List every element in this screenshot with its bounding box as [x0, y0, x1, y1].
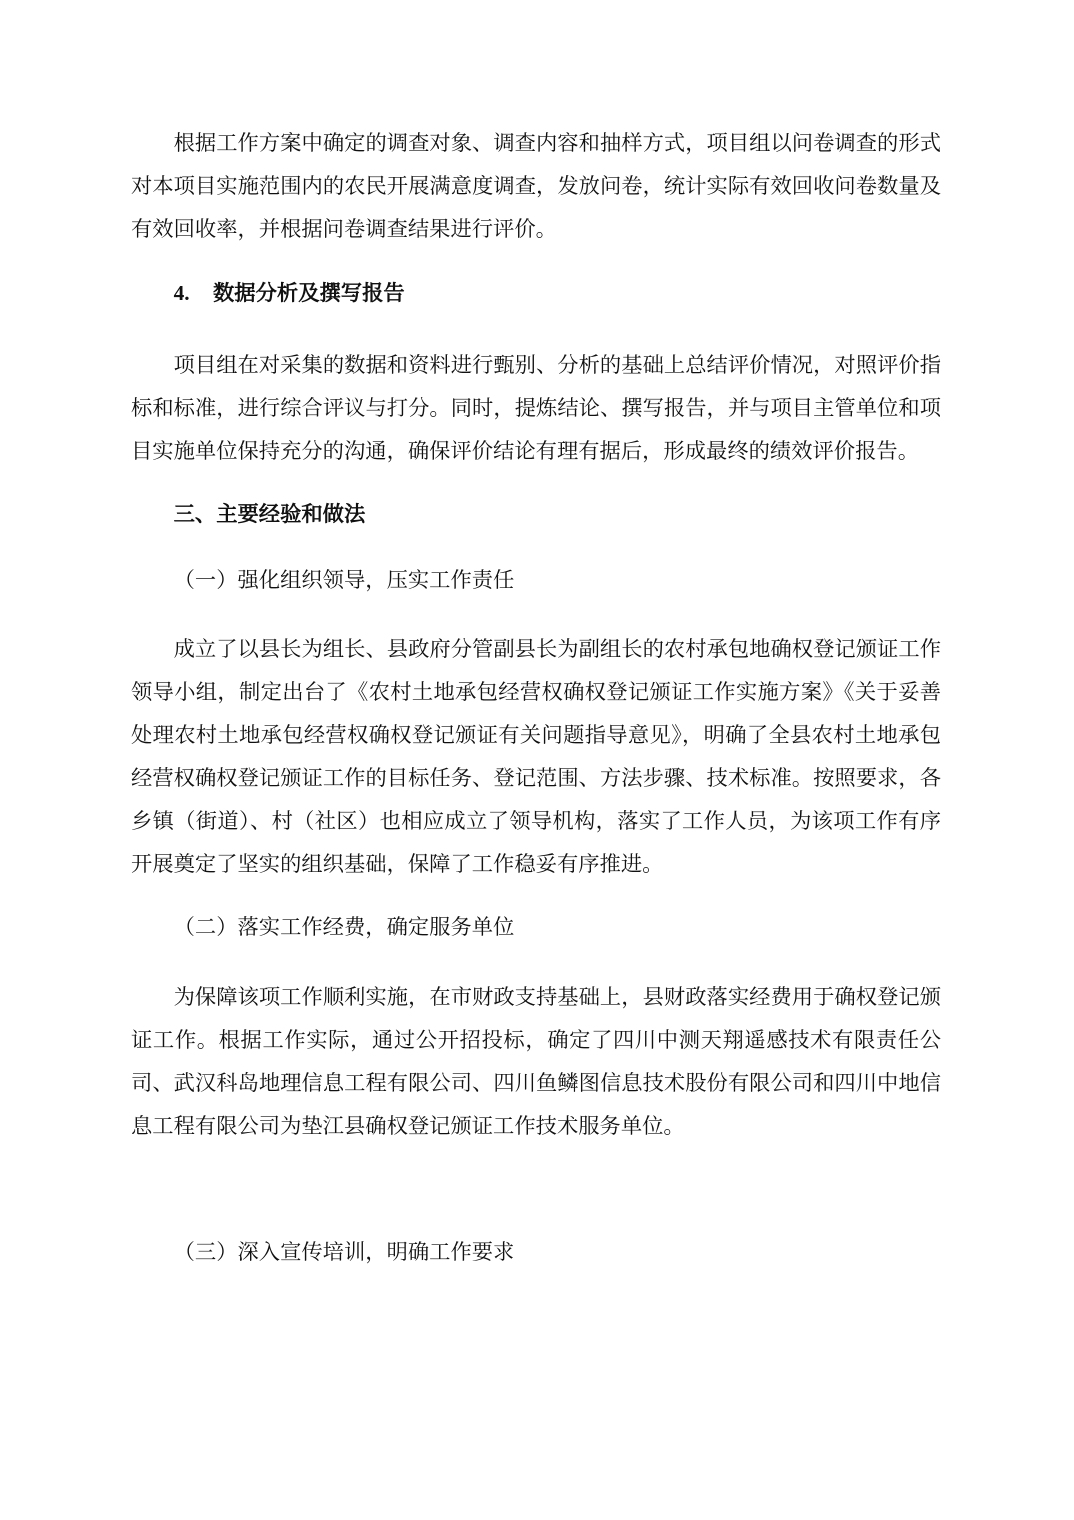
paragraph-funding-service-units: 为保障该项工作顺利实施，在市财政支持基础上，县财政落实经费用于确权登记颁证工作。… [131, 976, 941, 1148]
heading-4-title: 数据分析及撰写报告 [213, 281, 405, 305]
paragraph-survey-method: 根据工作方案中确定的调查对象、调查内容和抽样方式，项目组以问卷调查的形式对本项目… [131, 122, 941, 251]
paragraph-organization-leadership: 成立了以县长为组长、县政府分管副县长为副组长的农村承包地确权登记颁证工作领导小组… [131, 628, 941, 886]
heading-4-data-analysis: 4.数据分析及撰写报告 [131, 272, 941, 315]
heading-4-number: 4. [174, 281, 190, 305]
subsection-2-heading: （二）落实工作经费，确定服务单位 [131, 906, 941, 949]
subsection-3-heading: （三）深入宣传培训，明确工作要求 [131, 1231, 941, 1274]
paragraph-data-analysis: 项目组在对采集的数据和资料进行甄别、分析的基础上总结评价情况，对照评价指标和标准… [131, 344, 941, 473]
section-3-heading: 三、主要经验和做法 [131, 493, 941, 536]
document-page: 根据工作方案中确定的调查对象、调查内容和抽样方式，项目组以问卷调查的形式对本项目… [0, 0, 1074, 1520]
subsection-1-heading: （一）强化组织领导，压实工作责任 [131, 559, 941, 602]
